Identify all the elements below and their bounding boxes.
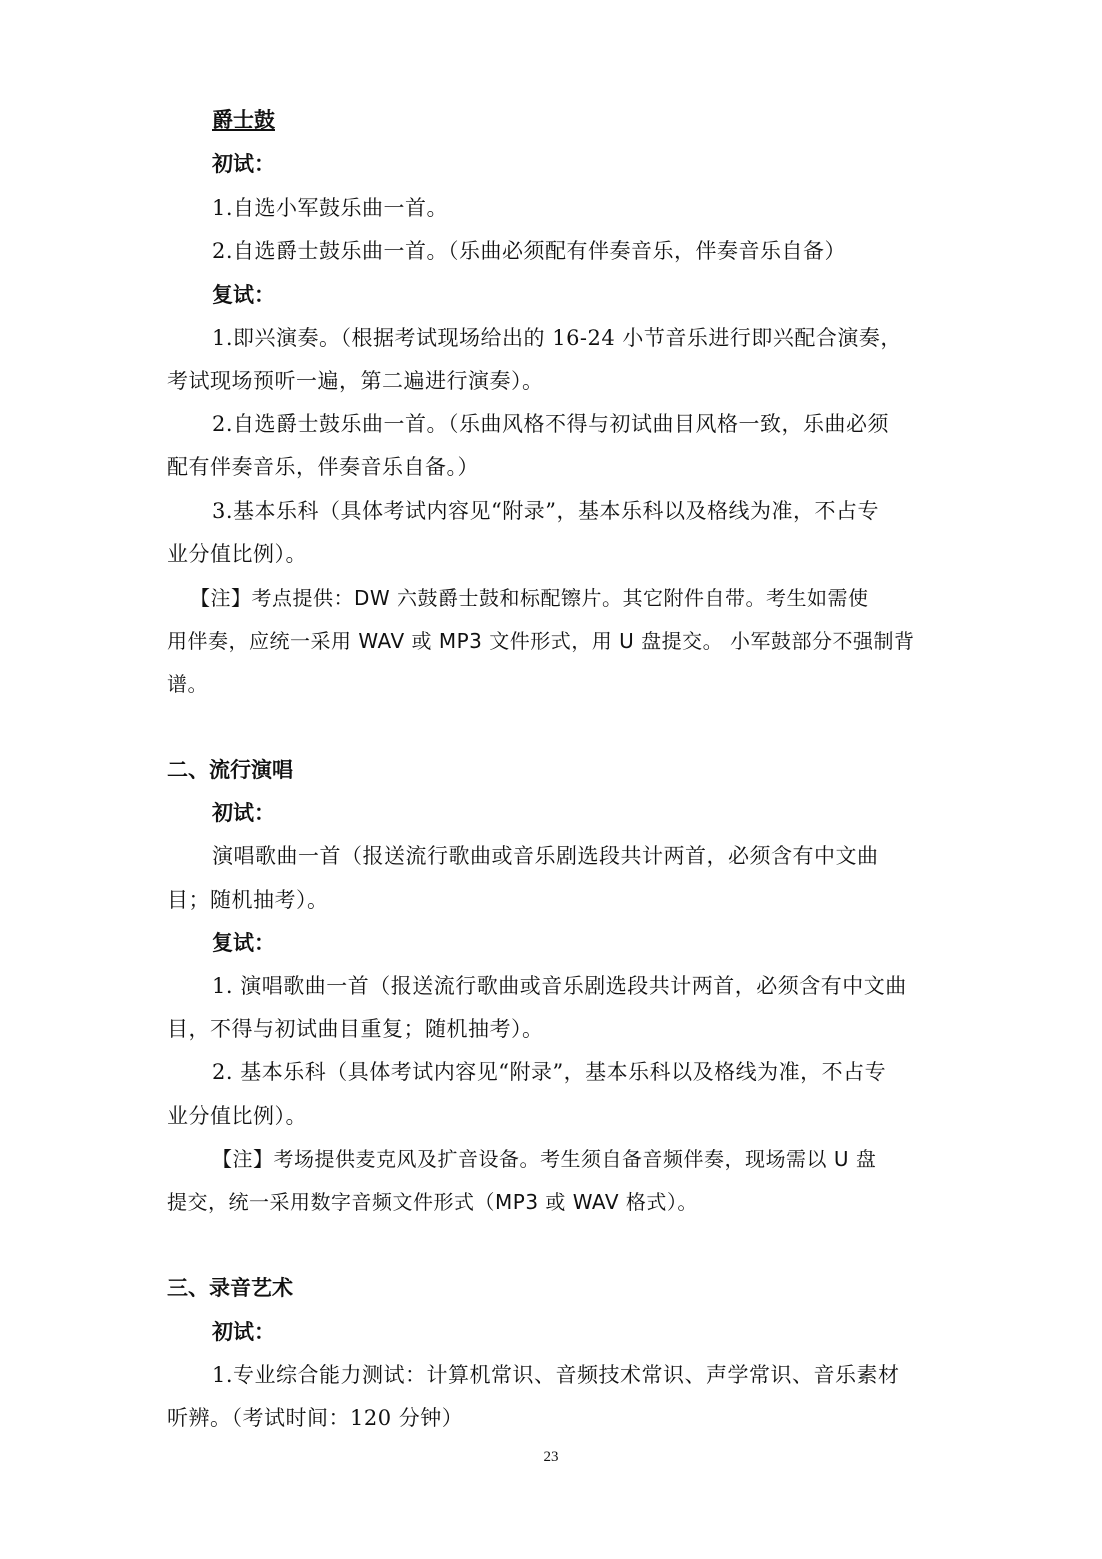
paragraph: 业分值比例）。 — [167, 1104, 307, 1128]
paragraph: 目；随机抽考）。 — [167, 888, 329, 912]
paragraph: 目，不得与初试曲目重复；随机抽考）。 — [167, 1017, 544, 1041]
retest-heading: 复试： — [212, 283, 275, 307]
retest-heading: 复试： — [212, 931, 275, 955]
note: 谱。 — [167, 672, 208, 696]
paragraph: 听辨。（考试时间：120 分钟） — [167, 1406, 463, 1430]
paragraph: 2.自选爵士鼓乐曲一首。（乐曲必须配有伴奏音乐，伴奏音乐自备） — [212, 239, 846, 263]
paragraph: 考试现场预听一遍，第二遍进行演奏）。 — [167, 369, 544, 393]
note: 【注】考点提供：DW 六鼓爵士鼓和标配镲片。其它附件自带。考生如需使 — [190, 586, 869, 610]
section-title-pop-singing: 二、流行演唱 — [167, 758, 293, 782]
section-title-recording-art: 三、录音艺术 — [167, 1276, 293, 1300]
paragraph: 业分值比例）。 — [167, 542, 307, 566]
paragraph: 演唱歌曲一首（报送流行歌曲或音乐剧选段共计两首，必须含有中文曲 — [212, 844, 879, 868]
paragraph: 3.基本乐科（具体考试内容见“附录”，基本乐科以及格线为准，不占专 — [212, 499, 879, 523]
paragraph: 2.自选爵士鼓乐曲一首。（乐曲风格不得与初试曲目风格一致，乐曲必须 — [212, 412, 889, 436]
prelim-heading: 初试： — [212, 152, 275, 176]
note: 【注】考场提供麦克风及扩音设备。考生须自备音频伴奏，现场需以 U 盘 — [212, 1147, 876, 1171]
prelim-heading: 初试： — [212, 1320, 275, 1344]
prelim-heading: 初试： — [212, 801, 275, 825]
note: 用伴奏，应统一采用 WAV 或 MP3 文件形式，用 U 盘提交。 小军鼓部分不… — [167, 629, 914, 653]
paragraph: 配有伴奏音乐，伴奏音乐自备。） — [167, 455, 479, 479]
paragraph: 2. 基本乐科（具体考试内容见“附录”，基本乐科以及格线为准，不占专 — [212, 1060, 886, 1084]
page-number: 23 — [0, 1449, 1102, 1466]
section-title-jazz-drum: 爵士鼓 — [212, 108, 275, 132]
paragraph: 1. 演唱歌曲一首（报送流行歌曲或音乐剧选段共计两首，必须含有中文曲 — [212, 974, 907, 998]
paragraph: 1.专业综合能力测试：计算机常识、音频技术常识、声学常识、音乐素材 — [212, 1363, 900, 1387]
paragraph: 1.即兴演奏。（根据考试现场给出的 16-24 小节音乐进行即兴配合演奏， — [212, 326, 902, 350]
note: 提交，统一采用数字音频文件形式（MP3 或 WAV 格式）。 — [167, 1190, 698, 1214]
paragraph: 1.自选小军鼓乐曲一首。 — [212, 196, 448, 220]
